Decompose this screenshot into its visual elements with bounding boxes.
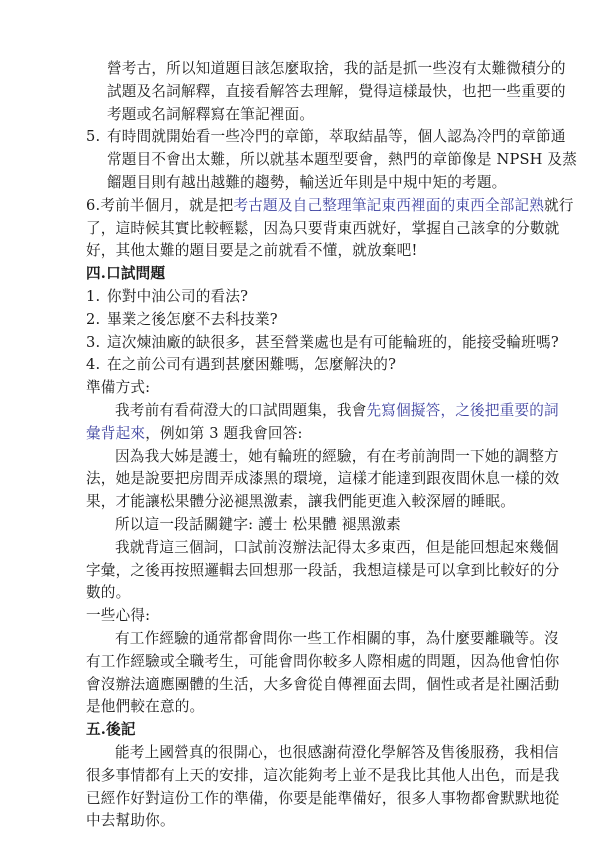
prep-paragraph: 我考前有看荷澄大的口試問題集，我會先寫個擬答，之後把重要的詞 彙背起來，例如第 … [86,400,518,446]
text-segment: 就行 [544,197,574,214]
insights-paragraph: 有工作經驗的通常都會問你一些工作相關的事，為什麼要離職等。沒 有工作經驗或全職考… [86,628,518,719]
answer-paragraph: 因為我大姊是護士，她有輪班的經驗，有在考前詢問一下她的調整方 法，她是說要把房間… [86,446,518,514]
text-line: 了，這時候其實比較輕鬆，因為只要背東西就好，掌握自己該拿的分數就 [86,218,518,241]
text-line: 餾題目則有越出越難的趨勢，輸送近年則是中規中矩的考題。 [86,172,518,195]
text-line: 有工作經驗或全職考生，可能會問你較多人際相處的問題，因為他會怕你 [86,651,518,674]
text-line: 很多事情都有上天的安排，這次能夠考上並不是我比其他人出色，而是我 [86,765,518,788]
question-list: 1.你對中油公司的看法? 2.畢業之後怎麼不去科技業? 3.這次煉油廠的缺很多，… [86,286,518,377]
list-number: 2. [86,309,107,332]
list-item-4-continuation: 營考古，所以知道題目該怎麼取捨，我的話是抓一些沒有太難微積分的 試題及名詞解釋，… [86,58,518,126]
section-heading: 五.後記 [86,719,518,742]
section-interview-questions: 四.口試問題 1.你對中油公司的看法? 2.畢業之後怎麼不去科技業? 3.這次煉… [86,263,518,719]
list-item-5: 5.有時間就開始看一些冷門的章節，萃取結晶等，個人認為冷門的章節通 常題目不會出… [86,126,518,194]
text-segment: 我考前有看荷澄大的口試問題集，我會 [115,402,367,419]
text-line: 果，才能讓松果體分泌褪黑激素，讓我們能更進入較深層的睡眠。 [86,491,518,514]
question-text: 這次煉油廠的缺很多，甚至營業處也是有可能輪班的，能接受輪班嗎? [107,334,559,351]
insights-label: 一些心得: [86,605,518,628]
text-line: 因為我大姊是護士，她有輪班的經驗，有在考前詢問一下她的調整方 [86,446,518,469]
text-line: 常題目不會出太難，所以就基本題型要會，熱門的章節像是 NPSH 及蒸 [86,149,518,172]
text-line: 試題及名詞解釋，直接看解答去理解，覺得這樣最快，也把一些重要的 [86,81,518,104]
text-line: 是他們較在意的。 [86,696,518,719]
question-text: 在之前公司有遇到甚麼困難嗎，怎麼解決的? [107,356,396,373]
question-item: 1.你對中油公司的看法? [86,286,518,309]
text-line: 會沒辦法適應團體的生活，大多會從自傳裡面去問，個性或者是社團活動 [86,674,518,697]
question-text: 畢業之後怎麼不去科技業? [107,311,278,328]
keywords-line: 所以這一段話關鍵字: 護士 松果體 褪黑激素 [86,514,518,537]
list-item-6: 6.考前半個月，就是把考古題及自己整理筆記東西裡面的東西全部記熟就行 了，這時候… [86,195,518,263]
list-number: 1. [86,286,107,309]
question-item: 3.這次煉油廠的缺很多，甚至營業處也是有可能輪班的，能接受輪班嗎? [86,332,518,355]
text-segment: 6.考前半個月，就是把 [86,197,233,214]
afterword-paragraph: 能考上國營真的很開心，也很感謝荷澄化學解答及售後服務，我相信 很多事情都有上天的… [86,742,518,833]
text-line: 字彙，之後再按照邏輯去回想那一段話，我想這樣是可以拿到比較好的分 [86,560,518,583]
text-line: 法，她是說要把房間弄成漆黑的環境，這樣才能達到跟夜間休息一樣的效 [86,468,518,491]
highlighted-text: 考古題及自己整理筆記東西裡面的東西全部記熟 [233,197,544,214]
question-item: 2.畢業之後怎麼不去科技業? [86,309,518,332]
text-line: 好，其他太難的題目要是之前就看不懂，就放棄吧! [86,240,518,263]
list-number: 5. [86,126,107,149]
text-line: 能考上國營真的很開心，也很感謝荷澄化學解答及售後服務，我相信 [86,742,518,765]
document-page: 營考古，所以知道題目該怎麼取捨，我的話是抓一些沒有太難微積分的 試題及名詞解釋，… [86,58,518,833]
highlighted-text: 彙背起來 [86,425,145,442]
text-segment: ，例如第 3 題我會回答: [145,425,302,442]
section-heading: 四.口試問題 [86,263,518,286]
memorize-paragraph: 我就背這三個詞，口試前沒辦法記得太多東西，但是能回想起來幾個 字彙，之後再按照邏… [86,537,518,605]
text-line: 數的。 [86,582,518,605]
list-number: 4. [86,354,107,377]
list-number: 3. [86,332,107,355]
highlighted-text: 先寫個擬答，之後把重要的詞 [367,402,559,419]
question-item: 4.在之前公司有遇到甚麼困難嗎，怎麼解決的? [86,354,518,377]
text-line: 已經作好對這份工作的準備，你要是能準備好，很多人事物都會默默地從 [86,788,518,811]
text-line: 有時間就開始看一些冷門的章節，萃取結晶等，個人認為冷門的章節通 [107,128,566,145]
text-line: 營考古，所以知道題目該怎麼取捨，我的話是抓一些沒有太難微積分的 [86,58,518,81]
section-afterword: 五.後記 能考上國營真的很開心，也很感謝荷澄化學解答及售後服務，我相信 很多事情… [86,719,518,833]
text-line: 中去幫助你。 [86,810,518,833]
prep-label: 準備方式: [86,377,518,400]
text-line: 考題或名詞解釋寫在筆記裡面。 [86,104,518,127]
text-line: 我就背這三個詞，口試前沒辦法記得太多東西，但是能回想起來幾個 [86,537,518,560]
question-text: 你對中油公司的看法? [107,288,248,305]
text-line: 有工作經驗的通常都會問你一些工作相關的事，為什麼要離職等。沒 [86,628,518,651]
